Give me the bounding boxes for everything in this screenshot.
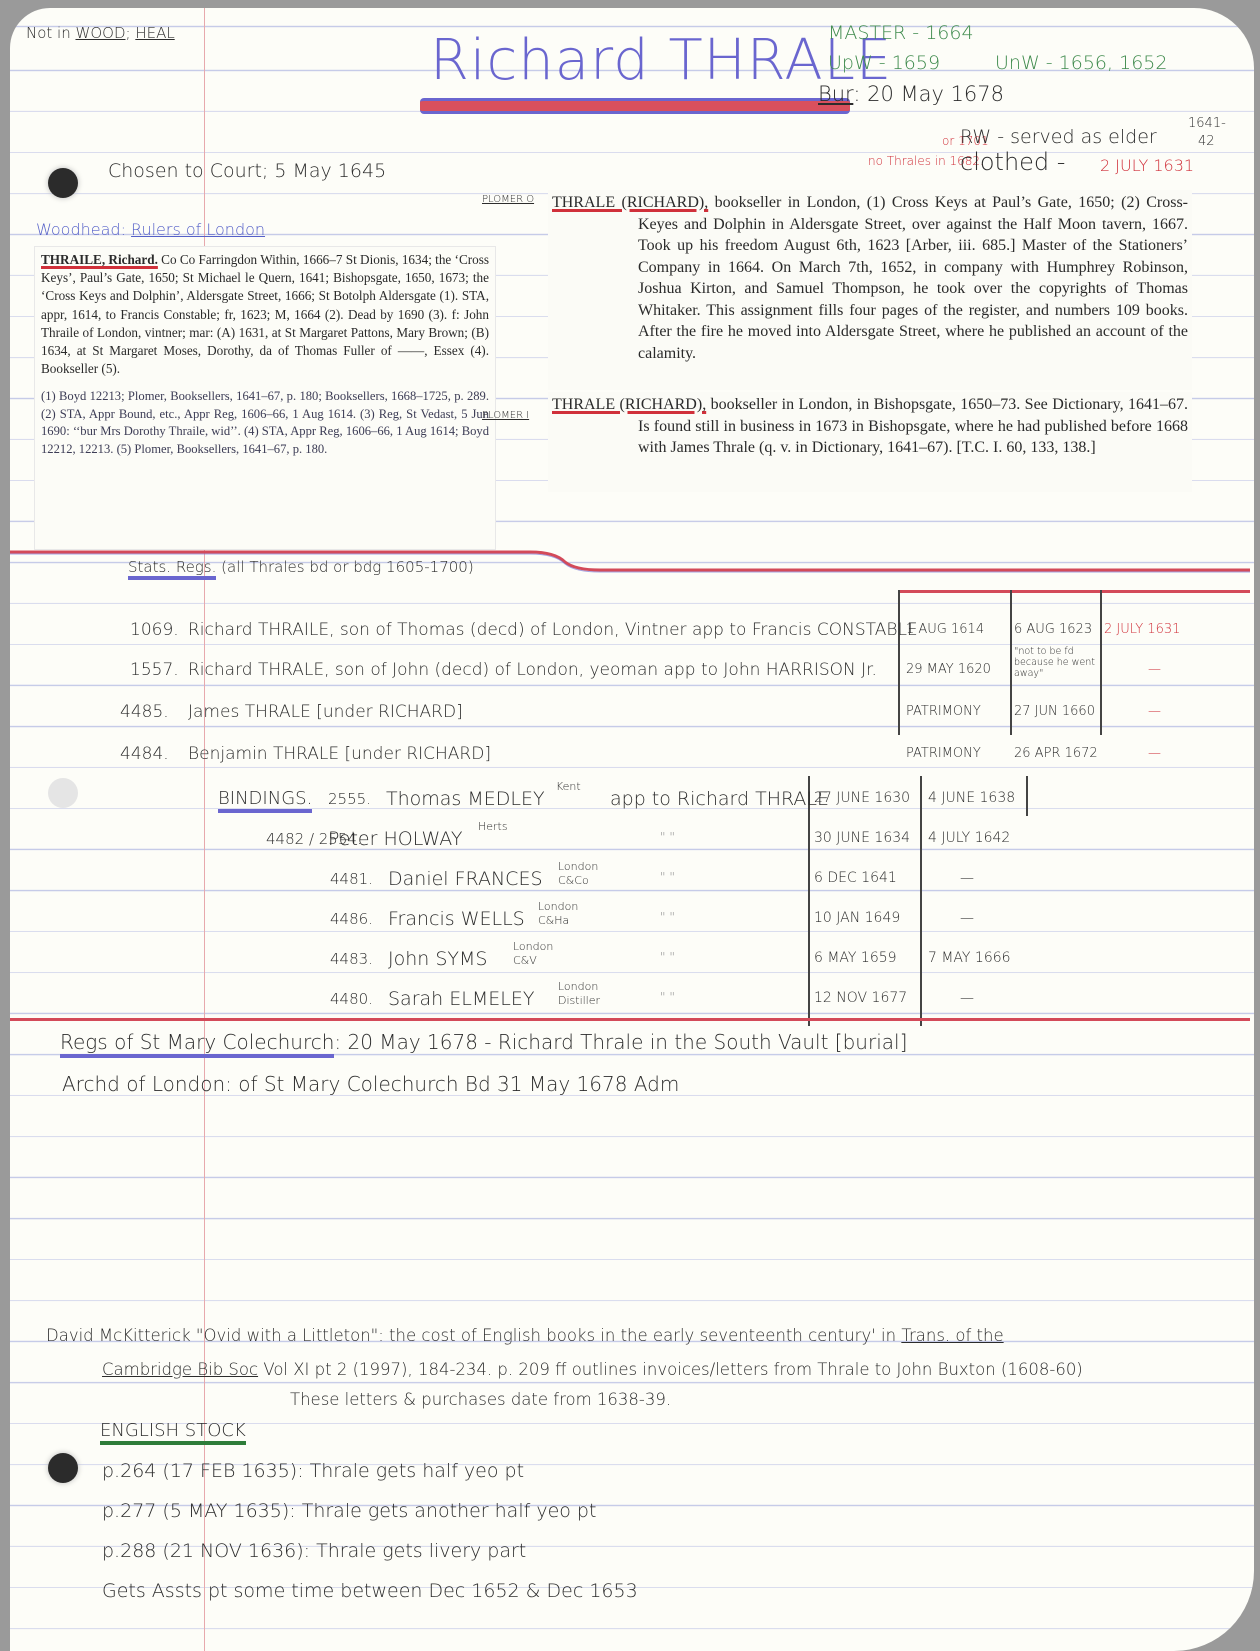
bindings-heading: BINDINGS. — [218, 788, 312, 809]
entry-text: Richard THRALE, son of John (decd) of Lo… — [188, 660, 877, 680]
apprentice-name: Daniel FRANCES — [388, 868, 543, 890]
entry-number: 4485. — [120, 702, 169, 722]
freed-date: — — [960, 870, 974, 886]
ditto-marks: " " — [660, 870, 675, 884]
apprentice-origin: London — [558, 980, 598, 993]
chosen-to-court: Chosen to Court; 5 May 1645 — [108, 160, 386, 182]
column-divider — [1010, 590, 1012, 735]
bound-date: PATRIMONY — [906, 746, 981, 761]
binding-number: 4481. — [330, 870, 373, 888]
table-top-rule — [898, 590, 1250, 593]
binder-hole — [48, 168, 78, 198]
entry-number: 1069. — [130, 620, 179, 640]
binder-hole — [48, 778, 78, 808]
apprentice-trade: C&V — [513, 954, 537, 967]
bound-date: 10 JAN 1649 — [814, 910, 900, 926]
mckitterick-ref-line2: Cambridge Bib Soc Vol XI pt 2 (1997), 18… — [102, 1360, 1083, 1379]
rw-years-1: 1641- — [1188, 116, 1226, 131]
master-note: MASTER - 1664 — [828, 22, 974, 44]
column-divider — [898, 590, 900, 735]
column-divider — [1100, 590, 1102, 735]
entry-number: 4484. — [120, 744, 169, 764]
freed-date: — — [960, 990, 974, 1006]
plomer-i-name: THRALE (RICHARD), — [552, 396, 706, 413]
plomer-i-body: bookseller in London, in Bishopsgate, 16… — [638, 396, 1188, 456]
english-stock-item: Gets Assts pt some time between Dec 1652… — [102, 1580, 638, 1602]
apprentice-origin: Herts — [478, 820, 508, 833]
binding-number: 2555. — [328, 790, 371, 808]
entry-number: 1557. — [130, 660, 179, 680]
bound-date: 12 NOV 1677 — [814, 990, 907, 1006]
apprentice-origin: London — [558, 860, 598, 873]
ditto-marks: " " — [660, 830, 675, 844]
apprentice-name: Sarah ELMELEY — [388, 988, 534, 1010]
freed-date: 7 MAY 1666 — [928, 950, 1011, 966]
apprentice-origin: London — [513, 940, 553, 953]
freed-date: 27 JUN 1660 — [1014, 704, 1095, 719]
apprentice-trade: C&Co — [558, 874, 589, 887]
woodhead-heading: Woodhead: Rulers of London — [36, 220, 265, 239]
clothed-date: — — [1148, 746, 1161, 761]
plomer-o-body: bookseller in London, (1) Cross Keys at … — [638, 194, 1188, 362]
archd-of-london: Archd of London: of St Mary Colechurch B… — [62, 1072, 679, 1096]
binding-number: 4486. — [330, 910, 373, 928]
apprentice-origin: Kent — [556, 780, 581, 793]
english-stock-item: p.264 (17 FEB 1635): Thrale gets half ye… — [102, 1460, 524, 1482]
ditto-marks: " " — [660, 910, 675, 924]
entry-text: Benjamin THRALE [under RICHARD] — [188, 744, 491, 764]
freed-date: — — [960, 910, 974, 926]
english-stock-item: p.277 (5 MAY 1635): Thrale gets another … — [102, 1500, 596, 1522]
apprentice-name: Peter HOLWAY — [328, 828, 462, 850]
burial-note: Bur: 20 May 1678 — [818, 82, 1004, 106]
plomer-i-clipping: THRALE (RICHARD), bookseller in London, … — [548, 392, 1192, 492]
binding-master: app to Richard THRALE — [610, 788, 829, 810]
binder-hole — [48, 1453, 78, 1483]
freed-note: "not to be fd because he went away" — [1014, 646, 1096, 679]
apprentice-origin: London — [538, 900, 578, 913]
bound-date: 30 JUNE 1634 — [814, 830, 910, 846]
plomer-i-label: PLOMER I — [482, 410, 529, 421]
english-stock-heading: ENGLISH STOCK — [100, 1420, 246, 1441]
not-in-note: Not in WOOD; HEAL — [26, 24, 175, 42]
bound-date: 27 JUNE 1630 — [814, 790, 910, 806]
apprentice-trade: Distiller — [558, 994, 600, 1007]
column-divider — [808, 776, 810, 1026]
english-stock-item: p.288 (21 NOV 1636): Thrale gets livery … — [102, 1540, 526, 1562]
regs-st-mary-colechurch: Regs of St Mary Colechurch: 20 May 1678 … — [60, 1030, 907, 1054]
unw-note: UnW - 1656, 1652 — [995, 52, 1167, 74]
rw-years-2: 42 — [1198, 134, 1215, 149]
clothed-label: clothed - — [960, 148, 1065, 176]
section-divider — [10, 1018, 1250, 1021]
title-underline — [420, 98, 850, 114]
plomer-o-clipping: THRALE (RICHARD), bookseller in London, … — [548, 190, 1192, 390]
column-divider — [1026, 776, 1028, 816]
woodhead-clipping: THRAILE, Richard. Co Co Farringdon Withi… — [34, 246, 496, 550]
upw-note: UpW - 1659 — [828, 52, 940, 74]
column-divider — [920, 776, 922, 1026]
ditto-marks: " " — [660, 950, 675, 964]
bound-date: 29 MAY 1620 — [906, 662, 991, 677]
binding-number: 4483. — [330, 950, 373, 968]
clothed-date: 2 JULY 1631 — [1100, 156, 1194, 175]
mckitterick-ref-line3: These letters & purchases date from 1638… — [290, 1390, 671, 1409]
binding-number: 4480. — [330, 990, 373, 1008]
bound-date: 1 AUG 1614 — [906, 622, 984, 637]
woodhead-name: THRAILE, Richard. — [41, 252, 158, 267]
clothed-date: — — [1148, 704, 1161, 719]
freed-date: 4 JULY 1642 — [928, 830, 1010, 846]
freed-date: 4 JUNE 1638 — [928, 790, 1015, 806]
rw-note: RW - served as elder — [960, 126, 1157, 148]
bound-date: PATRIMONY — [906, 704, 981, 719]
bound-date: 6 DEC 1641 — [814, 870, 897, 886]
apprentice-name: Thomas MEDLEY — [386, 788, 545, 810]
notebook-page: Not in WOOD; HEAL Richard THRALE MASTER … — [10, 8, 1254, 1651]
clothed-date: 2 JULY 1631 — [1104, 622, 1180, 637]
woodhead-footnotes: (1) Boyd 12213; Plomer, Booksellers, 164… — [41, 388, 489, 458]
apprentice-trade: C&Ha — [538, 914, 569, 927]
clothed-date: — — [1148, 662, 1161, 677]
apprentice-name: John SYMS — [388, 948, 487, 970]
bound-date: 6 MAY 1659 — [814, 950, 897, 966]
entry-text: Richard THRAILE, son of Thomas (decd) of… — [188, 620, 918, 640]
mckitterick-ref-line1: David McKitterick "Ovid with a Littleton… — [46, 1326, 1004, 1345]
apprentice-name: Francis WELLS — [388, 908, 525, 930]
plomer-o-label: PLOMER O — [482, 194, 534, 205]
entry-text: James THRALE [under RICHARD] — [188, 702, 463, 722]
ditto-marks: " " — [660, 990, 675, 1004]
stats-regs-heading: Stats. Regs. (all Thrales bd or bdg 1605… — [128, 558, 474, 576]
freed-date: 26 APR 1672 — [1014, 746, 1098, 761]
plomer-o-name: THRALE (RICHARD), — [552, 194, 708, 211]
freed-date: 6 AUG 1623 — [1014, 622, 1092, 637]
woodhead-body: Co Co Farringdon Within, 1666–7 St Dioni… — [41, 252, 489, 376]
